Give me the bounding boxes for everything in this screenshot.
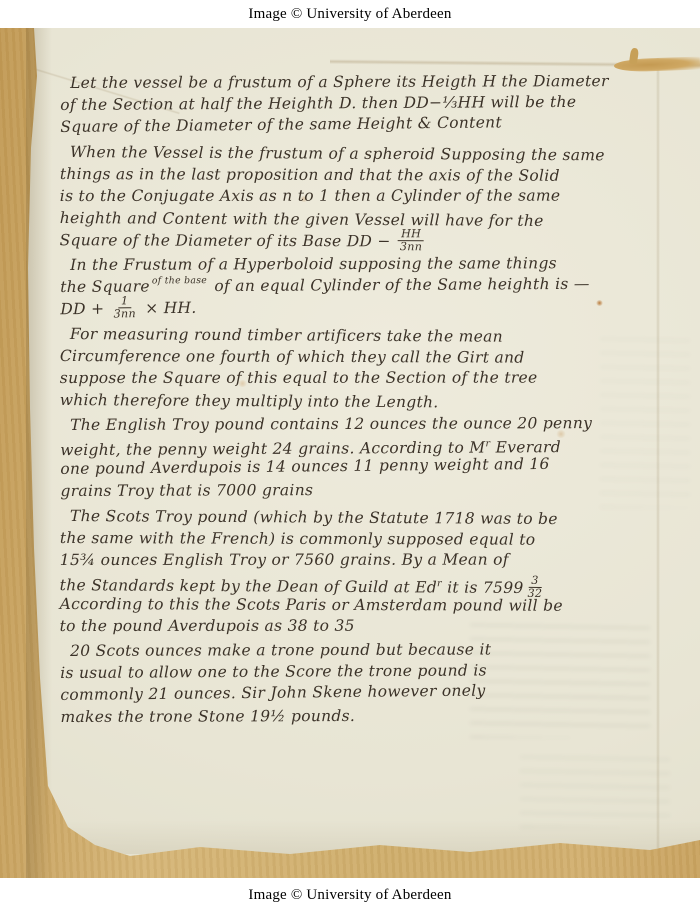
paper-left-edge-shadow <box>26 28 52 878</box>
manuscript-scan-page: { "page": { "caption_top": "Image © Univ… <box>0 0 700 910</box>
manuscript-paragraph: 20 Scots ounces make a trone pound but b… <box>60 636 700 728</box>
manuscript-line: 20 Scots ounces make a trone pound but b… <box>70 638 700 662</box>
manuscript-line: For measuring round timber artificers ta… <box>70 323 700 349</box>
manuscript-paragraph: For measuring round timber artificers ta… <box>60 323 700 413</box>
manuscript-line: Square of the Diameter of its Base DD − … <box>60 229 700 253</box>
paper-sheet: Let the vessel be a frustum of a Sphere … <box>0 28 700 878</box>
manuscript-line: The English Troy pound contains 12 ounce… <box>70 412 700 436</box>
scan-area: Let the vessel be a frustum of a Sphere … <box>0 28 700 878</box>
manuscript-paragraph: The Scots Troy pound (which by the Statu… <box>60 505 700 639</box>
manuscript-paragraph: In the Frustum of a Hyperboloid supposin… <box>60 250 700 320</box>
interlinear-insertion: of the base <box>152 275 207 286</box>
manuscript-line: In the Frustum of a Hyperboloid supposin… <box>70 252 700 276</box>
manuscript-line: the Standards kept by the Dean of Guild … <box>60 571 700 597</box>
manuscript-paragraph: The English Troy pound contains 12 ounce… <box>60 410 700 502</box>
stacked-fraction: 13nn <box>111 295 138 320</box>
superscript-abbreviation: r <box>485 438 490 449</box>
copyright-caption-top: Image © University of Aberdeen <box>0 0 700 28</box>
manuscript-line: to the pound Averdupois as 38 to 35 <box>60 614 700 637</box>
manuscript-line: When the Vessel is the frustum of a sphe… <box>70 141 700 167</box>
superscript-abbreviation: r <box>437 578 442 589</box>
manuscript-line: The Scots Troy pound (which by the Statu… <box>70 505 700 531</box>
manuscript-line: makes the trone Stone 19½ pounds. <box>60 704 700 728</box>
manuscript-paragraph: When the Vessel is the frustum of a sphe… <box>60 141 700 253</box>
manuscript-line: heighth and Content with the given Vesse… <box>60 207 700 233</box>
stacked-fraction: HH3nn <box>398 228 424 252</box>
manuscript-line: grains Troy that is 7000 grains <box>60 478 700 502</box>
stacked-fraction: 332 <box>525 575 544 600</box>
manuscript-line: 15¾ ounces English Troy or 7560 grains. … <box>60 548 700 571</box>
manuscript-line: suppose the Square of this equal to the … <box>60 366 700 389</box>
manuscript-paragraph: Let the vessel be a frustum of a Sphere … <box>60 68 700 138</box>
copyright-caption-bottom: Image © University of Aberdeen <box>0 880 700 910</box>
manuscript-text: Let the vessel be a frustum of a Sphere … <box>0 28 700 878</box>
manuscript-line: is to the Conjugate Axis as n to 1 then … <box>60 184 700 207</box>
manuscript-line: Let the vessel be a frustum of a Sphere … <box>70 70 700 94</box>
